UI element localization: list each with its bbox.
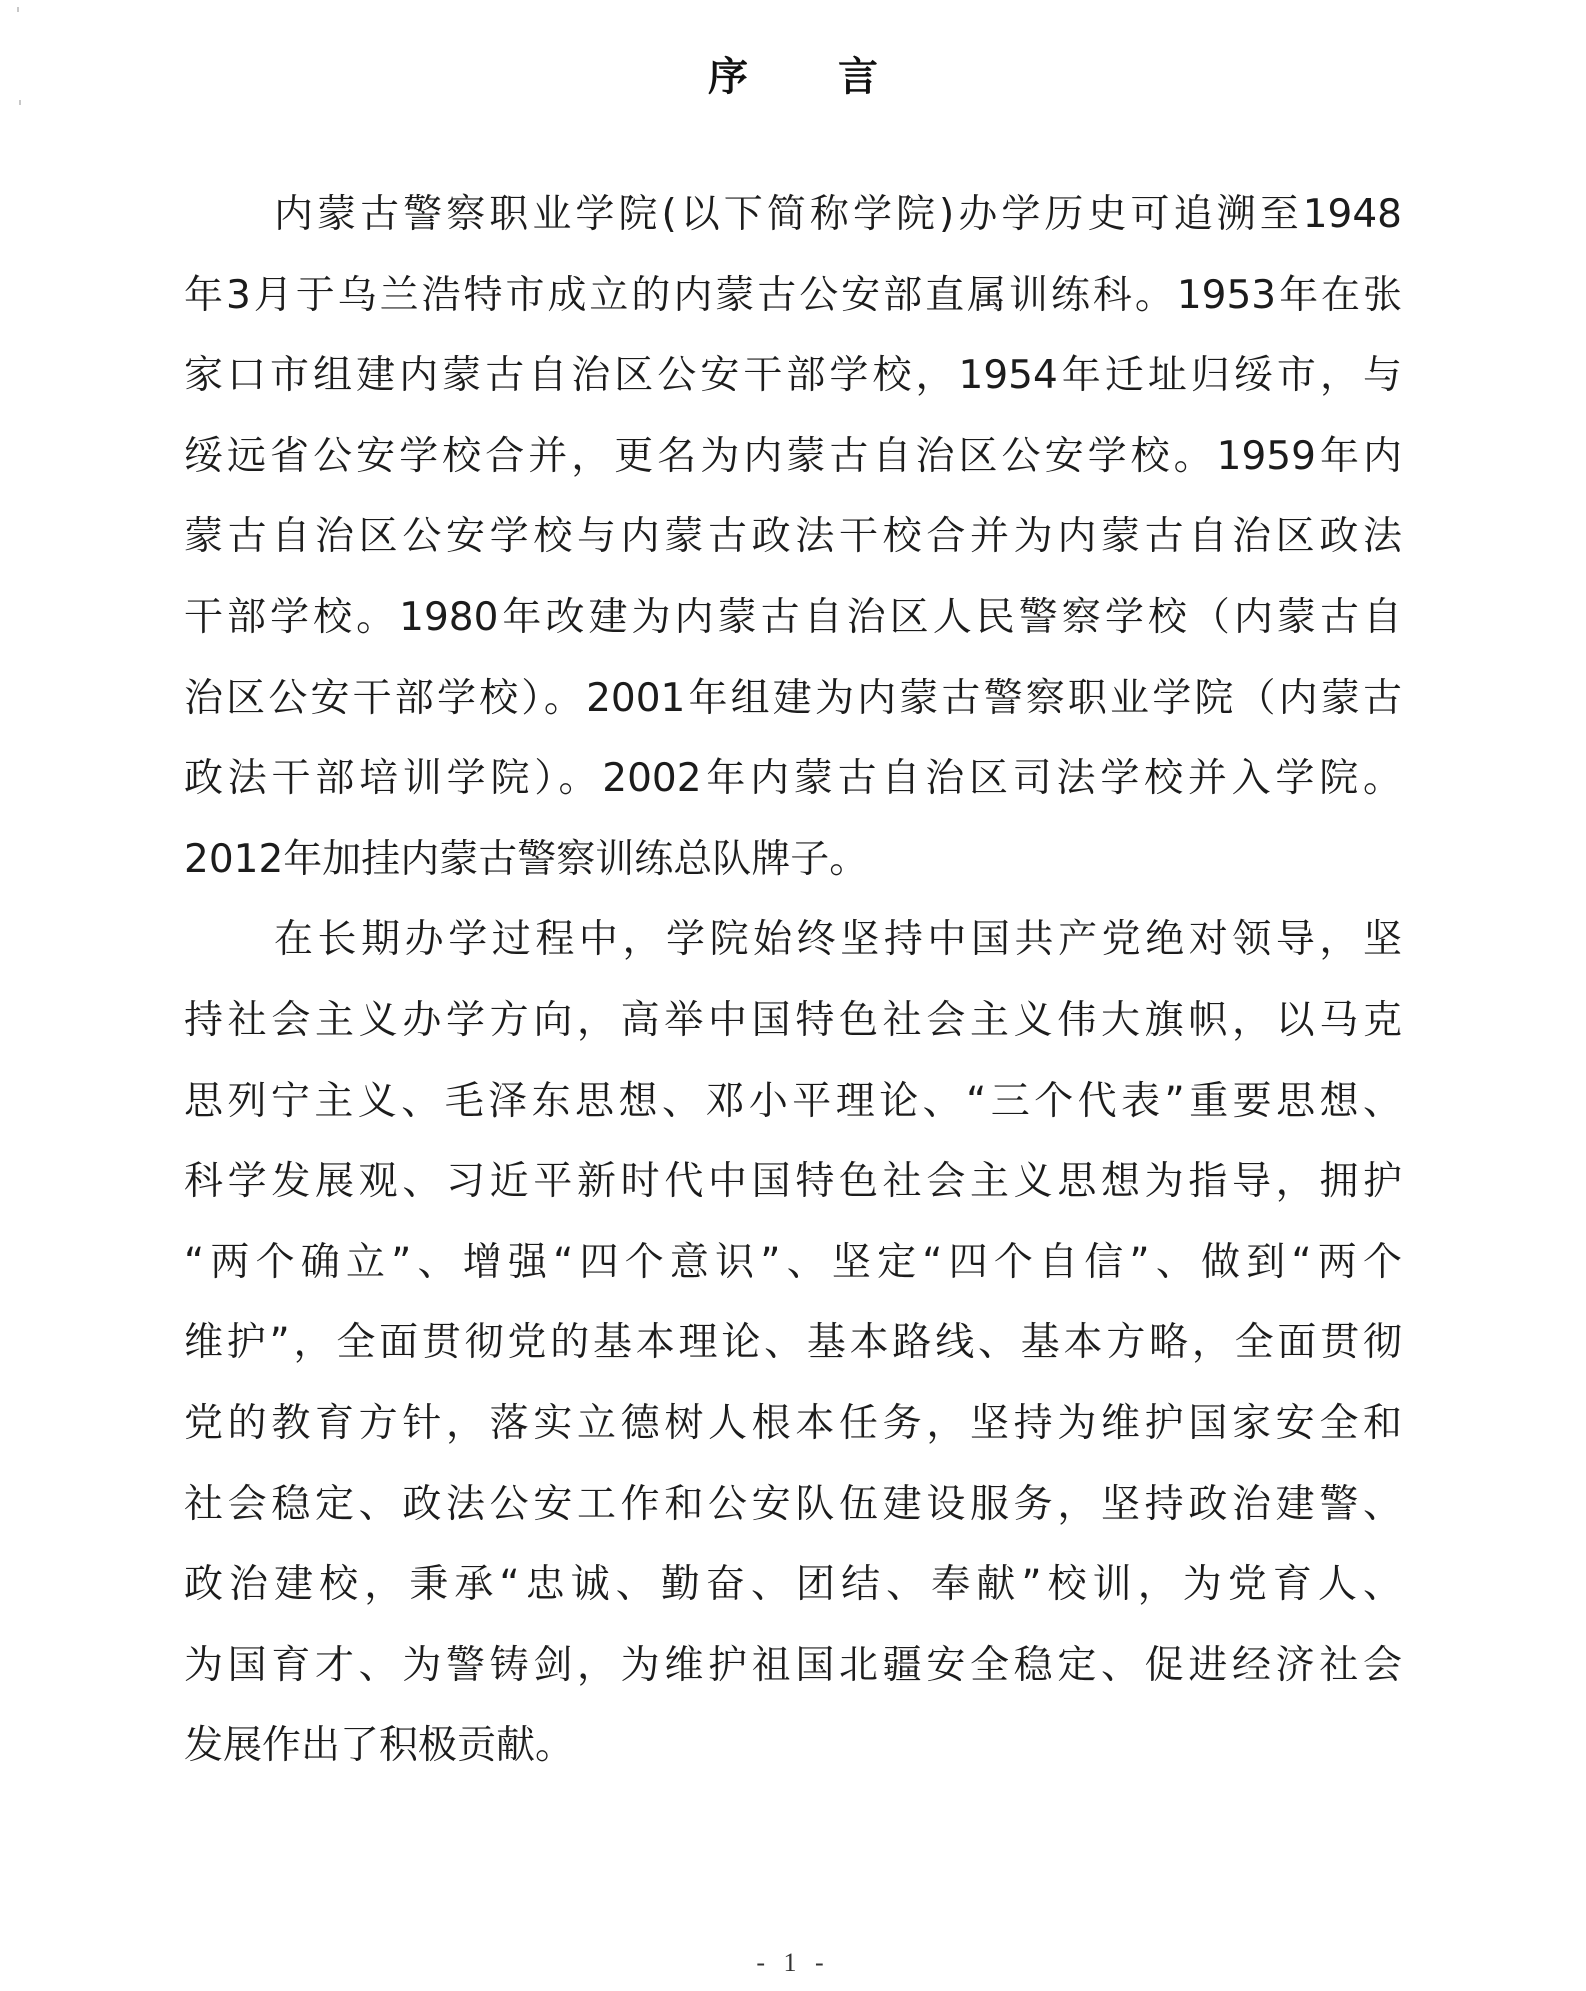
text-line: 政治建校，秉承“忠诚、勤奋、团结、奉献”校训，为党育人、 <box>184 1545 1402 1626</box>
text-line: 持社会主义办学方向，高举中国特色社会主义伟大旗帜，以马克 <box>184 981 1402 1062</box>
text-line: 社会稳定、政法公安工作和公安队伍建设服务，坚持政治建警、 <box>184 1465 1402 1546</box>
paragraph-1: 内蒙古警察职业学院(以下简称学院)办学历史可追溯至1948 年3月于乌兰浩特市成… <box>184 175 1402 900</box>
page-number: - 1 - <box>0 1948 1586 1978</box>
body-text: 内蒙古警察职业学院(以下简称学院)办学历史可追溯至1948 年3月于乌兰浩特市成… <box>184 175 1402 1787</box>
text-line: 治区公安干部学校）。2001年组建为内蒙古警察职业学院（内蒙古 <box>184 659 1402 740</box>
text-line: 年3月于乌兰浩特市成立的内蒙古公安部直属训练科。1953年在张 <box>184 256 1402 337</box>
text-line: 为国育才、为警铸剑，为维护祖国北疆安全稳定、促进经济社会 <box>184 1626 1402 1707</box>
text-line: 科学发展观、习近平新时代中国特色社会主义思想为指导，拥护 <box>184 1142 1402 1223</box>
text-line: 发展作出了积极贡献。 <box>184 1706 1402 1787</box>
text-line: “两个确立”、增强“四个意识”、坚定“四个自信”、做到“两个 <box>184 1223 1402 1304</box>
text-line: 干部学校。1980年改建为内蒙古自治区人民警察学校（内蒙古自 <box>184 578 1402 659</box>
text-line: 2012年加挂内蒙古警察训练总队牌子。 <box>184 820 1402 901</box>
text-line: 维护”，全面贯彻党的基本理论、基本路线、基本方略，全面贯彻 <box>184 1303 1402 1384</box>
text-line: 党的教育方针，落实立德树人根本任务，坚持为维护国家安全和 <box>184 1384 1402 1465</box>
text-line: 在长期办学过程中，学院始终坚持中国共产党绝对领导，坚 <box>184 900 1402 981</box>
text-line: 内蒙古警察职业学院(以下简称学院)办学历史可追溯至1948 <box>184 175 1402 256</box>
document-page: 序 言 内蒙古警察职业学院(以下简称学院)办学历史可追溯至1948 年3月于乌兰… <box>0 0 1586 1991</box>
text-line: 蒙古自治区公安学校与内蒙古政法干校合并为内蒙古自治区政法 <box>184 497 1402 578</box>
scan-speck <box>17 7 19 12</box>
page-title: 序 言 <box>0 52 1586 102</box>
text-line: 绥远省公安学校合并，更名为内蒙古自治区公安学校。1959年内 <box>184 417 1402 498</box>
text-line: 思列宁主义、毛泽东思想、邓小平理论、“三个代表”重要思想、 <box>184 1062 1402 1143</box>
text-line: 家口市组建内蒙古自治区公安干部学校，1954年迁址归绥市，与 <box>184 336 1402 417</box>
paragraph-2: 在长期办学过程中，学院始终坚持中国共产党绝对领导，坚 持社会主义办学方向，高举中… <box>184 900 1402 1787</box>
text-line: 政法干部培训学院）。2002年内蒙古自治区司法学校并入学院。 <box>184 739 1402 820</box>
